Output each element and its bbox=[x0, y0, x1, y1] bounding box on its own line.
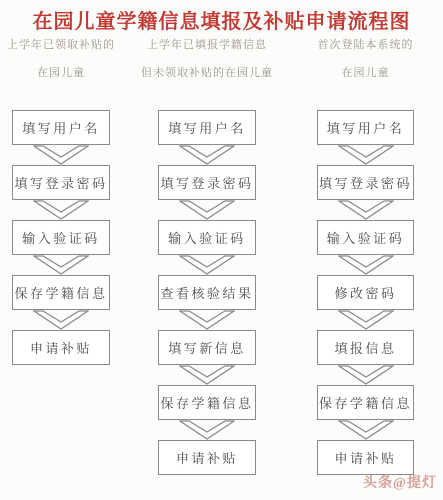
flow-step-label: 输入验证码 bbox=[22, 228, 100, 247]
flow-step-label: 申请补贴 bbox=[30, 338, 92, 357]
flow-step-box: 填写登录密码 bbox=[12, 165, 110, 200]
flow-step-box: 填写新信息 bbox=[158, 330, 256, 365]
flow-step-label: 填写用户名 bbox=[327, 118, 405, 137]
column-header-line: 上学年已填报学籍信息 bbox=[141, 38, 273, 52]
column-header-line: 首次登陆本系统的 bbox=[318, 38, 414, 52]
flow-steps: 填写用户名填写登录密码输入验证码保存学籍信息申请补贴 bbox=[12, 110, 110, 365]
flow-step-label: 填写登录密码 bbox=[14, 173, 107, 192]
down-arrow-icon bbox=[317, 145, 414, 165]
flow-step-label: 修改密码 bbox=[334, 283, 396, 302]
watermark: 头条@提灯 bbox=[363, 472, 437, 492]
column-header: 首次登陆本系统的在园儿童 bbox=[318, 38, 414, 80]
down-arrow-icon bbox=[158, 200, 256, 220]
flow-step-label: 填写用户名 bbox=[168, 118, 246, 137]
column-header-line: 上学年已领取补贴的 bbox=[7, 38, 115, 52]
down-arrow-icon bbox=[317, 255, 414, 275]
down-arrow-icon bbox=[317, 365, 414, 385]
down-arrow-icon bbox=[158, 365, 256, 385]
down-arrow-icon bbox=[12, 255, 110, 275]
flow-column-2: 上学年已填报学籍信息但未领取补贴的在园儿童填写用户名填写登录密码输入验证码查看核… bbox=[158, 38, 256, 488]
flow-step-box: 输入验证码 bbox=[12, 220, 110, 255]
flow-step-box: 填报信息 bbox=[317, 330, 414, 365]
flow-step-label: 保存学籍信息 bbox=[319, 393, 412, 412]
down-arrow-icon bbox=[158, 255, 256, 275]
flow-step-label: 填写用户名 bbox=[22, 118, 100, 137]
down-arrow-icon bbox=[317, 200, 414, 220]
flow-step-label: 保存学籍信息 bbox=[160, 393, 253, 412]
flow-step-label: 填写登录密码 bbox=[319, 173, 412, 192]
flow-step-box: 保存学籍信息 bbox=[317, 385, 414, 420]
flow-columns: 上学年已领取补贴的在园儿童填写用户名填写登录密码输入验证码保存学籍信息申请补贴上… bbox=[0, 0, 443, 500]
down-arrow-icon bbox=[158, 310, 256, 330]
flow-step-box: 查看核验结果 bbox=[158, 275, 256, 310]
flow-step-box: 填写登录密码 bbox=[317, 165, 414, 200]
flow-step-box: 申请补贴 bbox=[12, 330, 110, 365]
column-header-line: 但未领取补贴的在园儿童 bbox=[141, 66, 273, 80]
down-arrow-icon bbox=[317, 310, 414, 330]
flow-step-box: 填写用户名 bbox=[317, 110, 414, 145]
flow-step-label: 填写登录密码 bbox=[160, 173, 253, 192]
flow-steps: 填写用户名填写登录密码输入验证码查看核验结果填写新信息保存学籍信息申请补贴 bbox=[158, 110, 256, 475]
down-arrow-icon bbox=[158, 420, 256, 440]
flow-step-label: 输入验证码 bbox=[168, 228, 246, 247]
flow-step-box: 申请补贴 bbox=[158, 440, 256, 475]
down-arrow-icon bbox=[12, 310, 110, 330]
down-arrow-icon bbox=[317, 420, 414, 440]
flow-step-label: 保存学籍信息 bbox=[14, 283, 107, 302]
flow-step-box: 保存学籍信息 bbox=[158, 385, 256, 420]
flow-step-box: 填写登录密码 bbox=[158, 165, 256, 200]
flow-column-1: 上学年已领取补贴的在园儿童填写用户名填写登录密码输入验证码保存学籍信息申请补贴 bbox=[12, 38, 110, 488]
down-arrow-icon bbox=[12, 145, 110, 165]
column-header-line: 在园儿童 bbox=[318, 66, 414, 80]
flow-step-box: 填写用户名 bbox=[158, 110, 256, 145]
flow-step-box: 修改密码 bbox=[317, 275, 414, 310]
down-arrow-icon bbox=[158, 145, 256, 165]
flow-step-label: 查看核验结果 bbox=[160, 283, 253, 302]
flowchart-page: 在园儿童学籍信息填报及补贴申请流程图 上学年已领取补贴的在园儿童填写用户名填写登… bbox=[0, 0, 443, 500]
down-arrow-icon bbox=[12, 200, 110, 220]
flow-step-label: 申请补贴 bbox=[176, 448, 238, 467]
flow-column-3: 首次登陆本系统的在园儿童填写用户名填写登录密码输入验证码修改密码填报信息保存学籍… bbox=[317, 38, 414, 488]
flow-step-box: 申请补贴 bbox=[317, 440, 414, 475]
flow-step-box: 填写用户名 bbox=[12, 110, 110, 145]
flow-step-box: 输入验证码 bbox=[158, 220, 256, 255]
column-header: 上学年已填报学籍信息但未领取补贴的在园儿童 bbox=[141, 38, 273, 80]
flow-step-label: 输入验证码 bbox=[327, 228, 405, 247]
column-header-line: 在园儿童 bbox=[7, 66, 115, 80]
flow-step-label: 申请补贴 bbox=[334, 448, 396, 467]
flow-step-label: 填报信息 bbox=[334, 338, 396, 357]
flow-step-box: 保存学籍信息 bbox=[12, 275, 110, 310]
column-header: 上学年已领取补贴的在园儿童 bbox=[7, 38, 115, 80]
flow-step-box: 输入验证码 bbox=[317, 220, 414, 255]
flow-steps: 填写用户名填写登录密码输入验证码修改密码填报信息保存学籍信息申请补贴 bbox=[317, 110, 414, 475]
flow-step-label: 填写新信息 bbox=[168, 338, 246, 357]
